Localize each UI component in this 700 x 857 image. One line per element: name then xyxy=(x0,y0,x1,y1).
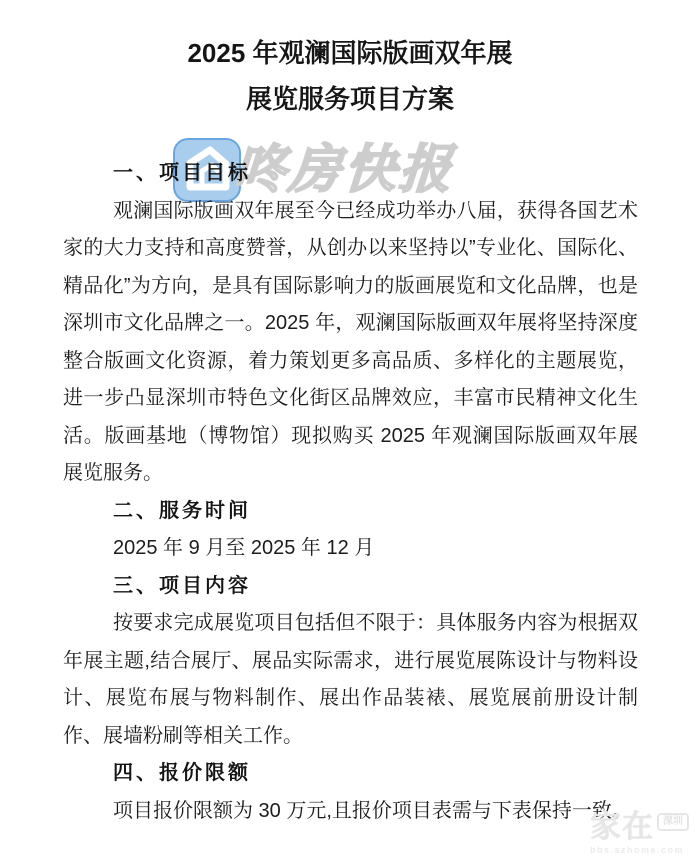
bottom-watermark-url: bbs.szhome.com xyxy=(590,845,694,855)
section-4-heading: 四、报价限额 xyxy=(63,755,638,793)
bottom-watermark: 家在 深圳 bbs.szhome.com xyxy=(590,811,694,855)
section-4-paragraph: 项目报价限额为 30 万元,且报价项目表需与下表保持一致。 xyxy=(63,793,638,831)
section-3-heading: 三、项目内容 xyxy=(63,568,638,606)
section-1-paragraph: 观澜国际版画双年展至今已经成功举办八届，获得各国艺术家的大力支持和高度赞誉，从创… xyxy=(63,193,638,493)
document-page: { "title": { "line1": "2025 年观澜国际版画双年展",… xyxy=(0,0,700,857)
section-2-heading: 二、服务时间 xyxy=(63,493,638,531)
bottom-watermark-badge: 深圳 xyxy=(657,813,689,831)
doc-title-line1: 2025 年观澜国际版画双年展 xyxy=(0,30,700,76)
doc-title-line2: 展览服务项目方案 xyxy=(0,76,700,122)
section-2-paragraph: 2025 年 9 月至 2025 年 12 月 xyxy=(63,530,638,568)
section-1-heading: 一、项目目标 xyxy=(63,155,638,193)
section-3-paragraph: 按要求完成展览项目包括但不限于：具体服务内容为根据双年展主题,结合展厅、展品实际… xyxy=(63,605,638,755)
doc-body: 一、项目目标 观澜国际版画双年展至今已经成功举办八届，获得各国艺术家的大力支持和… xyxy=(63,155,638,830)
bottom-watermark-brand: 家在 xyxy=(590,811,654,843)
